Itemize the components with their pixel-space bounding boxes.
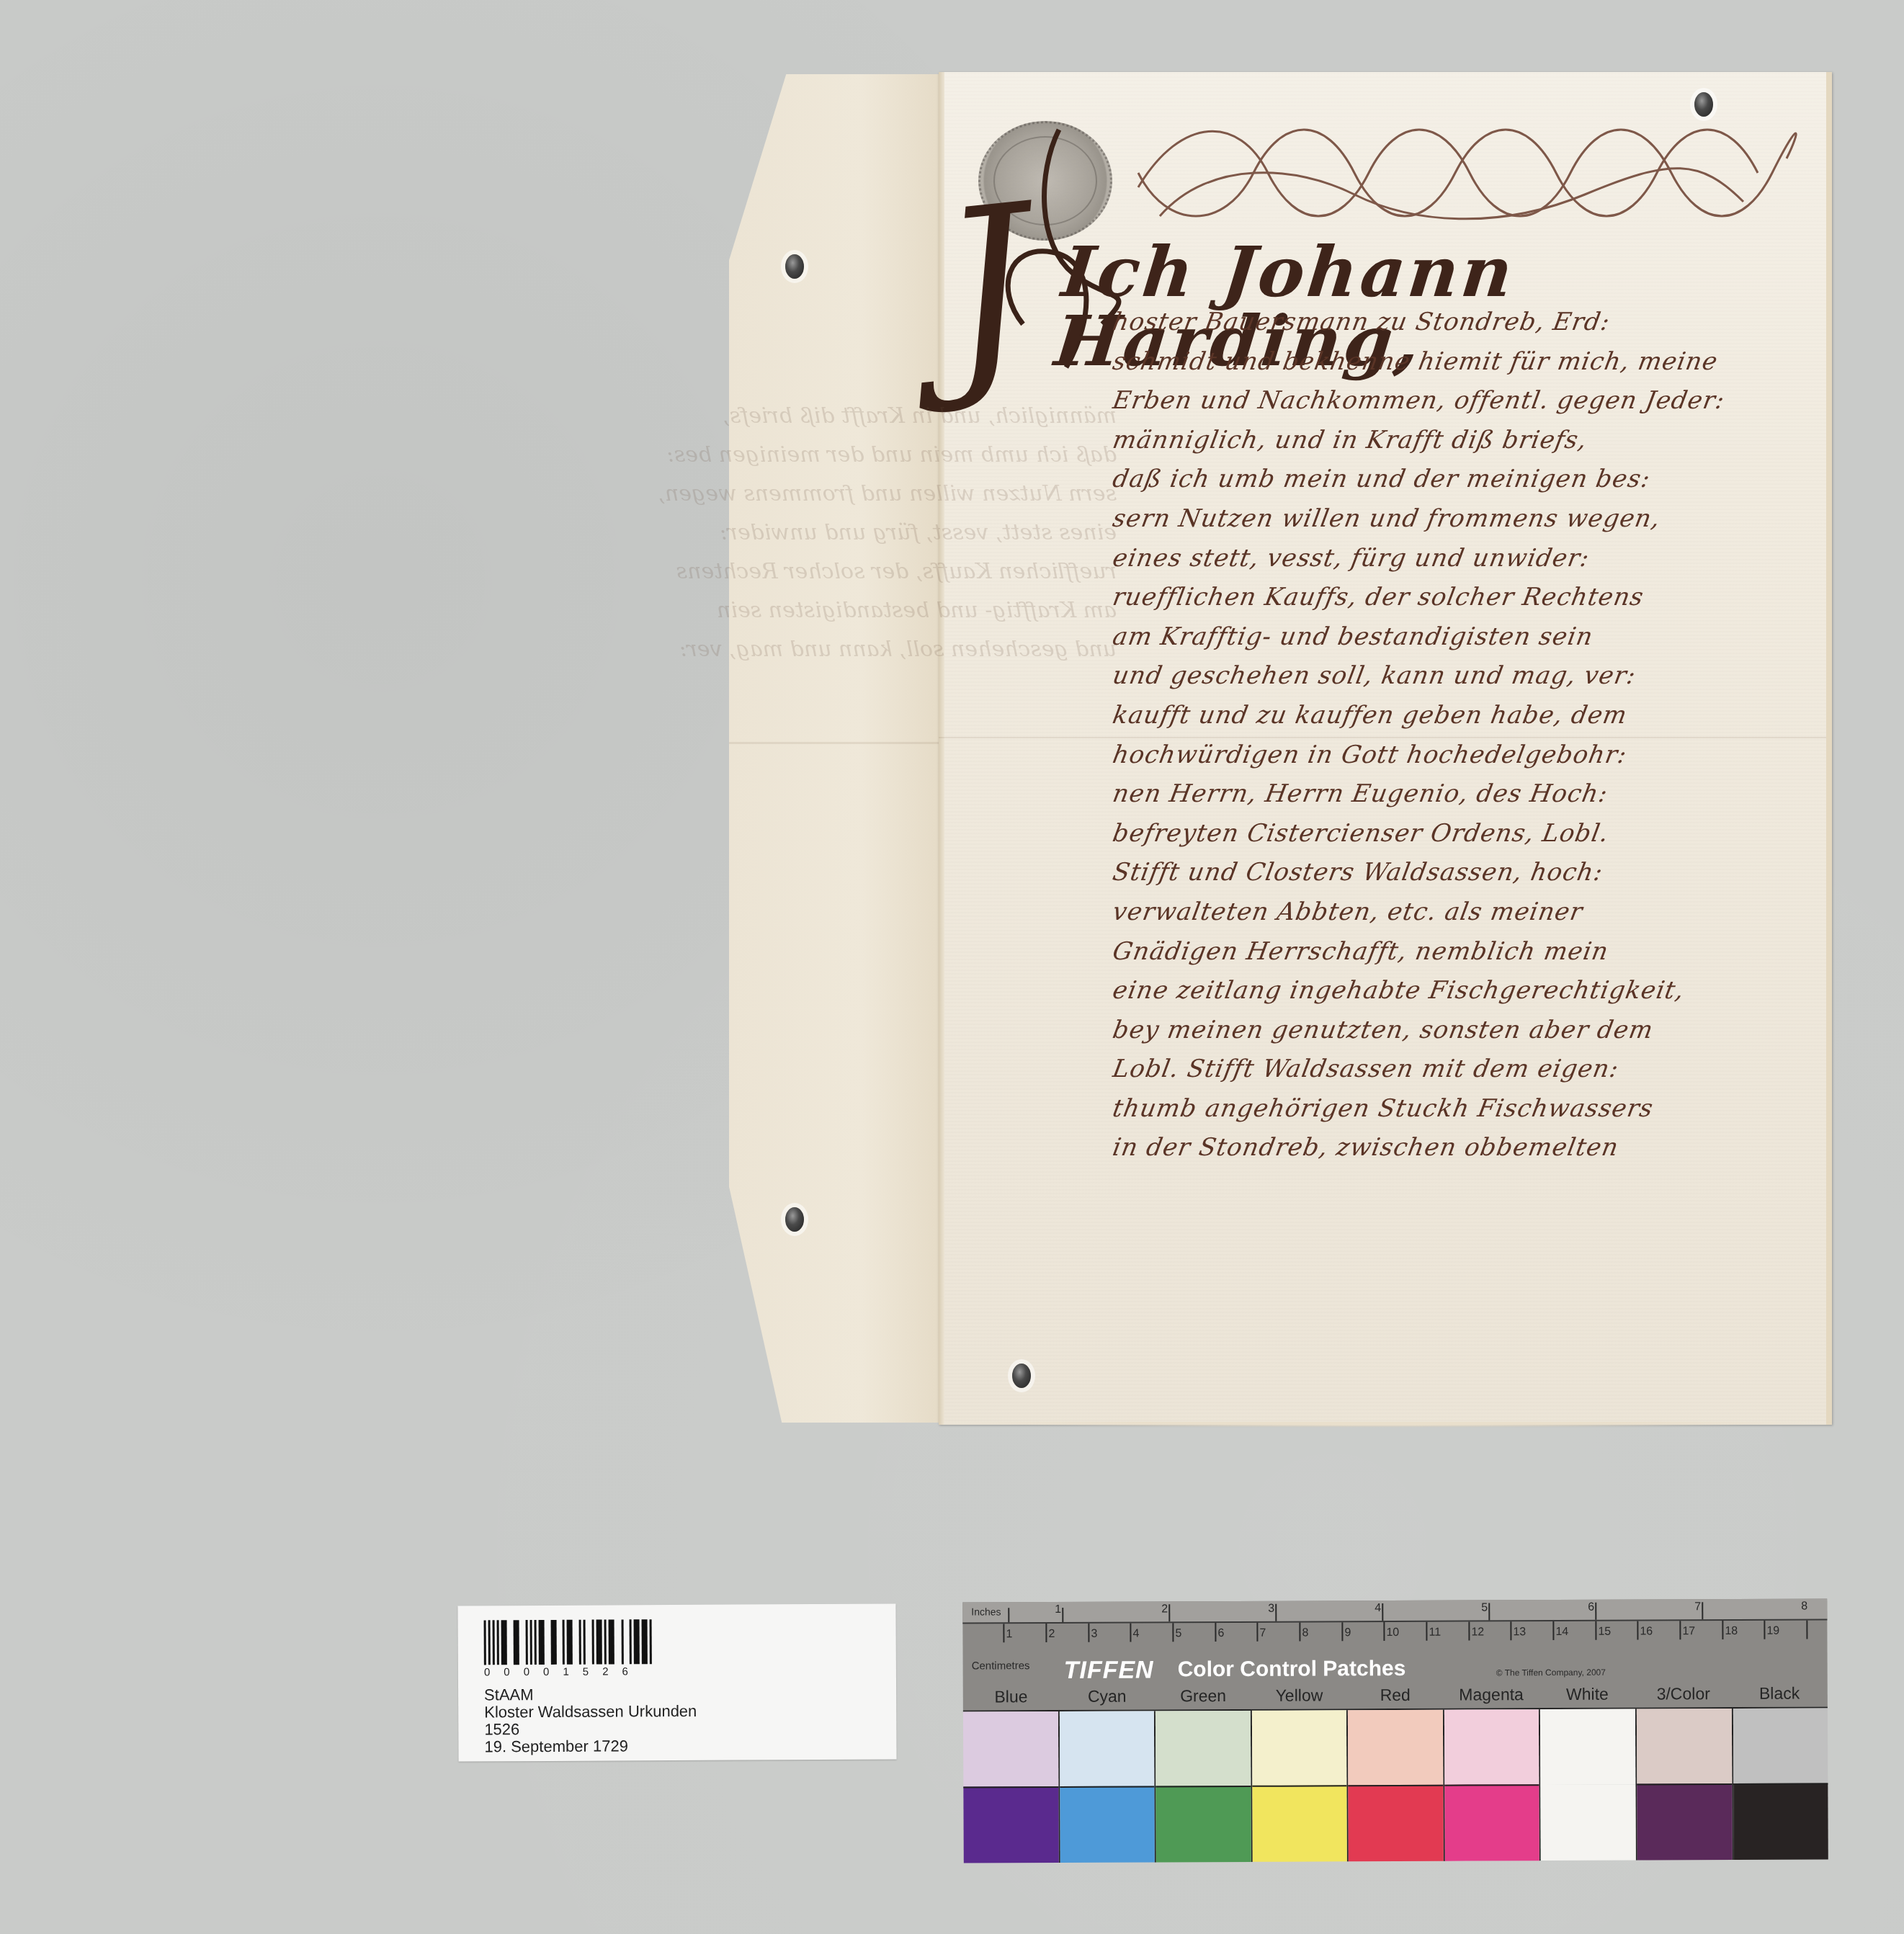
script-line: verwalteten Abbten, etc. als meiner: [1109, 892, 1787, 932]
chart-copyright: © The Tiffen Company, 2007: [1496, 1667, 1606, 1678]
inch-ruler: Inches 1 2 3 4 5 6 7 8: [962, 1598, 1827, 1624]
patch-yellow: [1252, 1710, 1349, 1862]
color-patches: [963, 1706, 1828, 1863]
script-line: hoster Bauersmann zu Stondreb, Erd:: [1109, 303, 1787, 342]
tiffen-logo: TIFFEN: [1064, 1656, 1154, 1685]
archive-label: 0 0 0 0 1 5 2 6 StAAM Kloster Waldsassen…: [457, 1603, 896, 1761]
rivet-icon: [785, 254, 804, 279]
rivet-icon: [1012, 1364, 1031, 1388]
record-number: 1526: [484, 1720, 697, 1739]
centimetres-label: Centimetres: [972, 1660, 1030, 1672]
record-date: 19. September 1729: [484, 1737, 697, 1756]
patch-cyan: [1059, 1711, 1156, 1863]
script-line: hochwürdigen in Gott hochedelgebohr:: [1109, 735, 1787, 775]
script-line: daß ich umb mein und der meinigen bes:: [1109, 460, 1787, 499]
script-line: und geschehen soll, kann und mag, ver:: [1109, 656, 1787, 696]
label-text: StAAM Kloster Waldsassen Urkunden 1526 1…: [484, 1685, 697, 1756]
script-line: Erben und Nachkommen, offentl. gegen Jed…: [1109, 381, 1787, 421]
color-control-chart: Inches 1 2 3 4 5 6 7 8 1 2 3 4 5 6 7 8 9: [962, 1598, 1828, 1861]
patch-green: [1156, 1711, 1252, 1863]
script-line: am Krafftig- und bestandigisten sein: [1109, 617, 1787, 657]
patch-white: [1540, 1709, 1637, 1861]
script-line: in der Stondreb, zwischen obbemelten: [1109, 1128, 1787, 1168]
patch-blue: [963, 1711, 1060, 1863]
chart-title: Color Control Patches: [1178, 1657, 1406, 1682]
patch-red: [1348, 1710, 1444, 1862]
script-line: thumb angehörigen Stuckh Fischwassers: [1109, 1089, 1787, 1129]
patch-black: [1733, 1708, 1828, 1860]
fold-crease: [729, 742, 949, 744]
script-line: männiglich, und in Krafft diß briefs,: [1109, 421, 1787, 460]
script-line: befreyten Cistercienser Ordens, Lobl.: [1109, 814, 1787, 854]
archive-name: StAAM: [484, 1685, 697, 1704]
chart-header: Inches 1 2 3 4 5 6 7 8 1 2 3 4 5 6 7 8 9: [962, 1598, 1828, 1710]
script-line: Gnädigen Herrschafft, nemblich mein: [1109, 932, 1787, 972]
rivet-icon: [785, 1207, 804, 1232]
deckle-edge: [939, 1422, 1826, 1428]
patch-magenta: [1444, 1709, 1541, 1861]
barcode-icon: [484, 1619, 654, 1665]
show-through-text: männiglich, und in Krafft diß briefs, da…: [987, 403, 1117, 676]
script-line: sern Nutzen willen und frommens wegen,: [1109, 499, 1787, 539]
collection-name: Kloster Waldsassen Urkunden: [484, 1703, 697, 1722]
patch-labels: Blue Cyan Green Yellow Red Magenta White…: [963, 1679, 1828, 1710]
patch-3color: [1637, 1709, 1733, 1861]
script-line: kaufft und zu kauffen geben habe, dem: [1109, 696, 1787, 735]
script-line: ruefflichen Kauffs, der solcher Rechtens: [1109, 578, 1787, 617]
script-line: Lobl. Stifft Waldsassen mit dem eigen:: [1109, 1049, 1787, 1089]
script-line: eines stett, vesst, fürg und unwider:: [1109, 539, 1787, 578]
script-line: nen Herrn, Herrn Eugenio, des Hoch:: [1109, 774, 1787, 814]
script-line: Stifft und Closters Waldsassen, hoch:: [1109, 853, 1787, 892]
charter-body-text: hoster Bauersmann zu Stondreb, Erd: schm…: [1113, 303, 1783, 1168]
document-fold-flap: [729, 74, 949, 1423]
barcode-number: 0 0 0 0 1 5 2 6: [484, 1665, 628, 1678]
script-line: eine zeitlang ingehabte Fischgerechtigke…: [1109, 971, 1787, 1011]
script-line: bey meinen genutzten, sonsten aber dem: [1109, 1011, 1787, 1050]
script-line: schmidt und bekhenne hiemit für mich, me…: [1109, 342, 1787, 382]
